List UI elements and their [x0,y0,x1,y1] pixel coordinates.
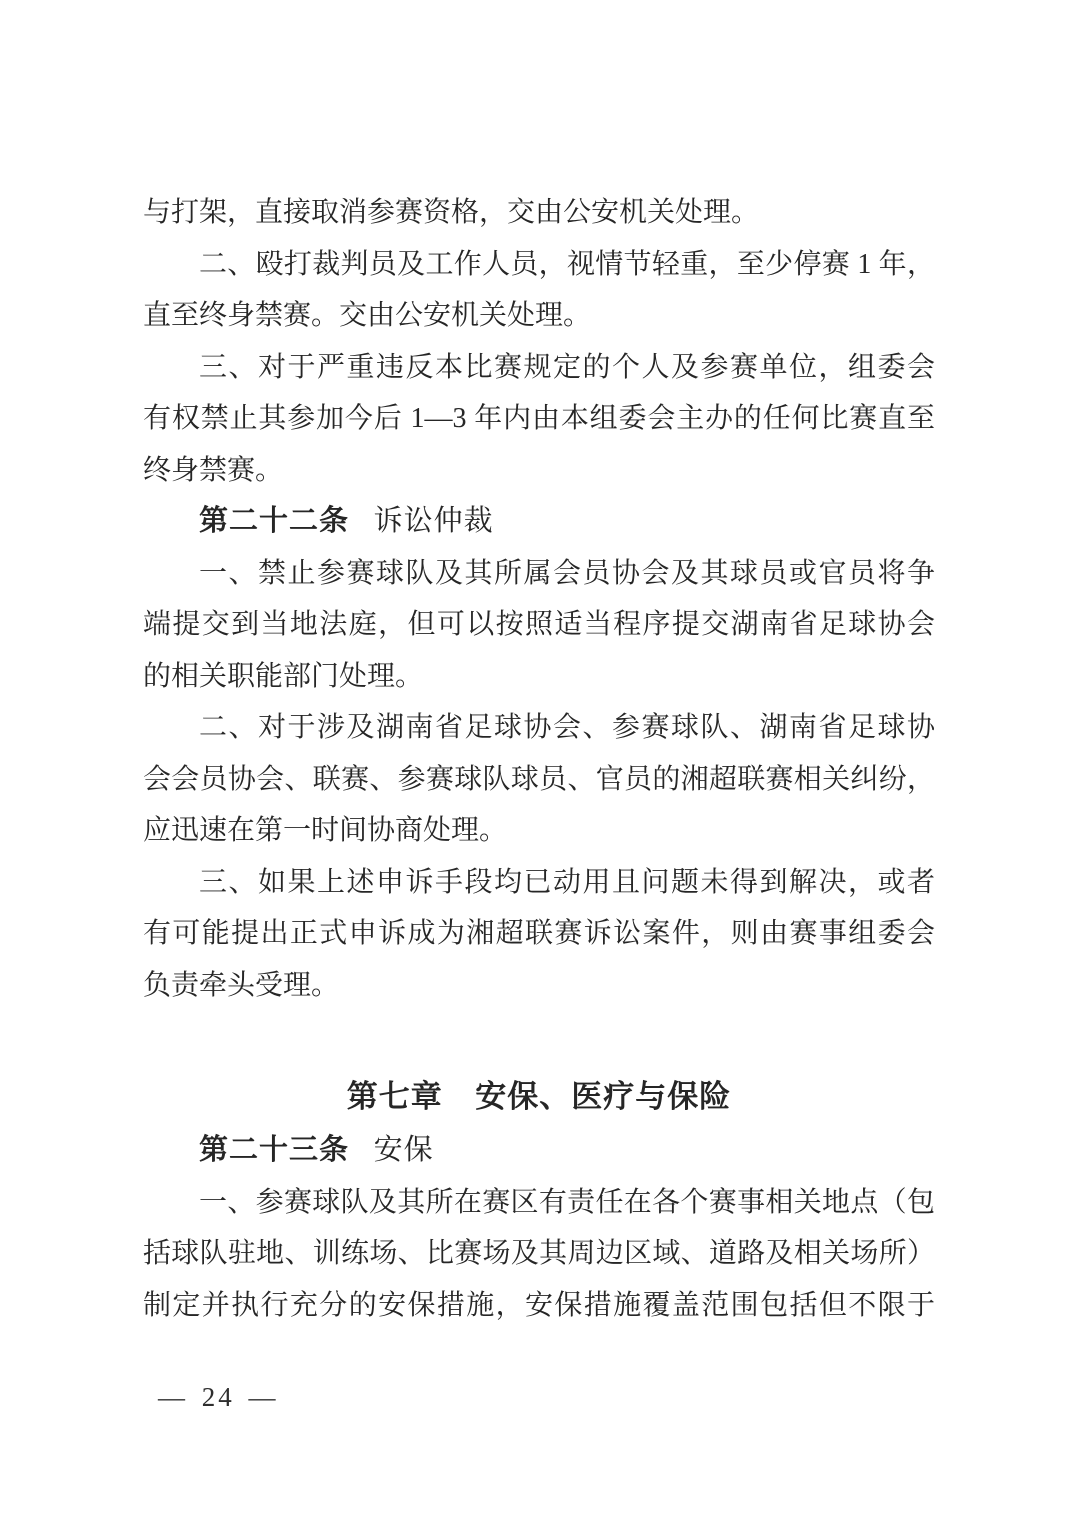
heading-number: 第二十二条 [199,505,349,537]
text-line: 的相关职能部门处理。 [143,651,935,703]
heading-number: 第七章 [347,1079,443,1114]
chapter-heading: 第七章安保、医疗与保险 [143,1068,935,1125]
text-line: 二、殴打裁判员及工作人员，视情节轻重，至少停赛 1 年， [143,239,935,291]
text-line: 终身禁赛。 [143,445,935,497]
text-line: 三、对于严重违反本比赛规定的个人及参赛单位，组委会 [143,342,935,394]
heading-number: 第二十三条 [199,1134,349,1166]
text-line: 负责牵头受理。 [143,960,935,1012]
text-line: 制定并执行充分的安保措施，安保措施覆盖范围包括但不限于 [143,1280,935,1332]
text-line: 一、参赛球队及其所在赛区有责任在各个赛事相关地点（包 [143,1177,935,1229]
text-block: 与打架，直接取消参赛资格，交由公安机关处理。二、殴打裁判员及工作人员，视情节轻重… [143,187,935,1331]
heading-title: 安保、医疗与保险 [475,1079,731,1114]
text-line: 有可能提出正式申诉成为湘超联赛诉讼案件，则由赛事组委会 [143,908,935,960]
article-heading: 第二十二条诉讼仲裁 [143,496,935,548]
text-line: 括球队驻地、训练场、比赛场及其周边区域、道路及相关场所） [143,1228,935,1280]
document-page: 与打架，直接取消参赛资格，交由公安机关处理。二、殴打裁判员及工作人员，视情节轻重… [0,0,1080,1527]
text-line: 二、对于涉及湖南省足球协会、参赛球队、湖南省足球协 [143,702,935,754]
text-line: 三、如果上述申诉手段均已动用且问题未得到解决，或者 [143,857,935,909]
article-heading: 第二十三条安保 [143,1125,935,1177]
text-line: 有权禁止其参加今后 1—3 年内由本组委会主办的任何比赛直至 [143,393,935,445]
text-line: 端提交到当地法庭，但可以按照适当程序提交湖南省足球协会 [143,599,935,651]
heading-title: 安保 [374,1134,434,1166]
text-line: 应迅速在第一时间协商处理。 [143,805,935,857]
text-line: 一、禁止参赛球队及其所属会员协会及其球员或官员将争 [143,548,935,600]
page-number: — 24 — [158,1372,279,1423]
text-line: 直至终身禁赛。交由公安机关处理。 [143,290,935,342]
text-line: 与打架，直接取消参赛资格，交由公安机关处理。 [143,187,935,239]
text-line: 会会员协会、联赛、参赛球队球员、官员的湘超联赛相关纠纷， [143,754,935,806]
heading-title: 诉讼仲裁 [374,505,494,537]
